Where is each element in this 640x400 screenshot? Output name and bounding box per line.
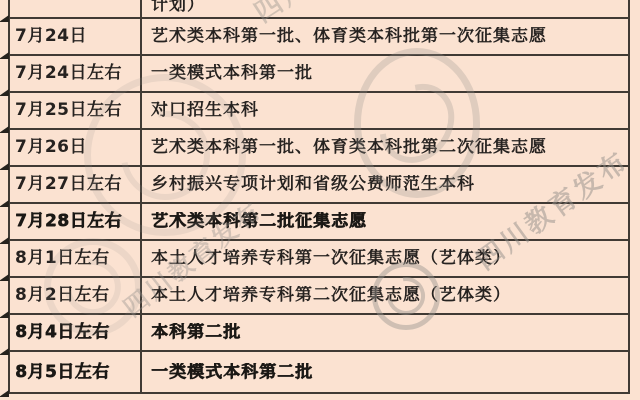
screenshot-stage: 计划） 7月24日 艺术类本科第一批、体育类本科批第一次征集志愿 7月24日左右… (0, 0, 640, 400)
date-cell: 7月26日 (10, 130, 142, 165)
event-cell: 乡村振兴专项计划和省级公费师范生本科 (142, 175, 475, 194)
date-cell: 8月5日左右 (10, 352, 142, 392)
table-row: 7月28日左右 艺术类本科第二批征集志愿 (10, 204, 628, 241)
date-cell: 7月27日左右 (10, 167, 142, 202)
date-cell: 8月4日左右 (10, 315, 142, 350)
date-cell: 7月24日左右 (10, 56, 142, 91)
date-cell: 7月25日左右 (10, 93, 142, 128)
table-row: 8月1日左右 本土人才培养专科第一次征集志愿（艺体类） (10, 241, 628, 278)
table-row: 7月25日左右 对口招生本科 (10, 93, 628, 130)
table-row: 7月27日左右 乡村振兴专项计划和省级公费师范生本科 (10, 167, 628, 204)
event-cell: 艺术类本科第一批、体育类本科批第一次征集志愿 (142, 27, 547, 46)
event-cell: 计划） (142, 0, 205, 17)
event-cell: 本土人才培养专科第二次征集志愿（艺体类） (142, 286, 511, 305)
event-cell: 艺术类本科第一批、体育类本科批第二次征集志愿 (142, 138, 547, 157)
event-cell: 一类模式本科第一批 (142, 64, 313, 83)
event-cell: 本科第二批 (142, 323, 241, 342)
date-cell: 8月1日左右 (10, 241, 142, 276)
table-row: 计划） (10, 0, 628, 19)
event-cell: 一类模式本科第二批 (142, 363, 313, 382)
date-cell: 7月28日左右 (10, 204, 142, 239)
table-row: 7月26日 艺术类本科第一批、体育类本科批第二次征集志愿 (10, 130, 628, 167)
table-row: 8月5日左右 一类模式本科第二批 (10, 352, 628, 394)
event-cell: 艺术类本科第二批征集志愿 (142, 212, 367, 231)
table-row: 8月2日左右 本土人才培养专科第二次征集志愿（艺体类） (10, 278, 628, 315)
date-cell (10, 0, 142, 17)
admission-schedule-table: 计划） 7月24日 艺术类本科第一批、体育类本科批第一次征集志愿 7月24日左右… (8, 0, 630, 394)
date-cell: 7月24日 (10, 19, 142, 54)
event-cell: 对口招生本科 (142, 101, 259, 120)
event-cell: 本土人才培养专科第一次征集志愿（艺体类） (142, 249, 511, 268)
table-row: 8月4日左右 本科第二批 (10, 315, 628, 352)
table-row: 7月24日 艺术类本科第一批、体育类本科批第一次征集志愿 (10, 19, 628, 56)
table-row: 7月24日左右 一类模式本科第一批 (10, 56, 628, 93)
date-cell: 8月2日左右 (10, 278, 142, 313)
